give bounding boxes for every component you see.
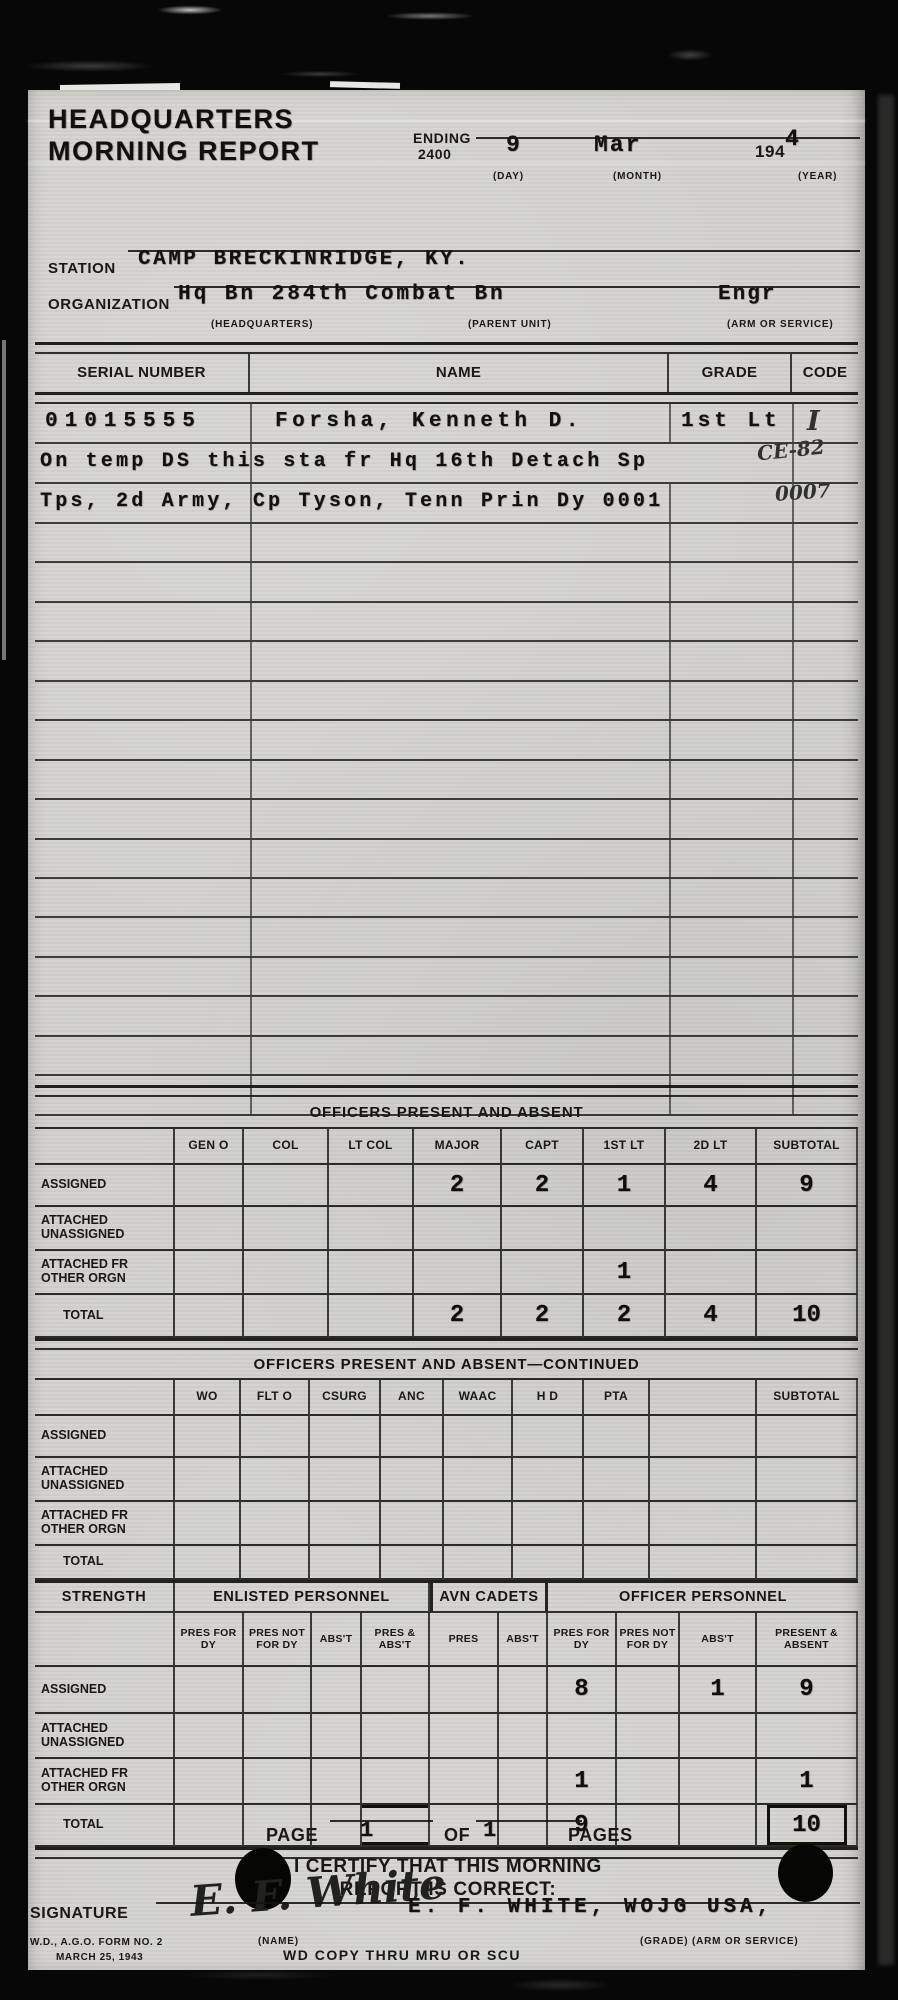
table-cell: 2: [414, 1165, 502, 1207]
column-divider: [250, 840, 252, 877]
section-rule: [35, 392, 858, 404]
table-cell: [444, 1416, 513, 1458]
roster-empty-row: [35, 879, 858, 918]
signature-label: SIGNATURE: [30, 1905, 128, 1923]
column-header: [650, 1380, 757, 1416]
name-sublabel: (NAME): [258, 1936, 299, 1947]
column-header: PRES NOT FOR DY: [244, 1613, 312, 1667]
table-cell: [650, 1416, 757, 1458]
name-value: Forsha, Kenneth D.: [275, 410, 583, 433]
column-divider: [669, 642, 671, 679]
column-header: SUBTOTAL: [757, 1380, 858, 1416]
table-cell: [244, 1207, 329, 1251]
column-divider: [669, 404, 671, 442]
table-cell: 9: [757, 1667, 858, 1714]
column-divider: [250, 879, 252, 916]
table-cell: [666, 1207, 757, 1251]
table-cell: [650, 1546, 757, 1580]
column-header: ANC: [381, 1380, 444, 1416]
table-cell: [175, 1165, 244, 1207]
table-cell: [757, 1458, 858, 1502]
row-label: ASSIGNED: [35, 1416, 175, 1458]
serial-number-value: 01015555: [45, 410, 202, 433]
column-divider: [250, 800, 252, 837]
officers-table-title: OFFICERS PRESENT AND ABSENT: [35, 1097, 858, 1129]
table-cell: [513, 1416, 584, 1458]
row-label: TOTAL: [35, 1546, 175, 1580]
roster-empty-row: [35, 642, 858, 681]
column-header: ABS'T: [312, 1613, 362, 1667]
column-header-row: WOFLT OCSURGANCWAACH DPTASUBTOTAL: [35, 1380, 858, 1416]
table-row: ASSIGNED22149: [35, 1165, 858, 1207]
table-cell: [499, 1667, 548, 1714]
roster-empty-row: [35, 997, 858, 1036]
roster-empty-row: [35, 1037, 858, 1076]
table-cell: [329, 1295, 414, 1338]
column-divider: [250, 603, 252, 640]
column-divider: [669, 721, 671, 758]
column-divider: [792, 682, 794, 719]
table-cell: [666, 1251, 757, 1295]
table-cell: [244, 1295, 329, 1338]
column-header-row: PRES FOR DYPRES NOT FOR DYABS'TPRES & AB…: [35, 1613, 858, 1667]
column-divider: [792, 997, 794, 1034]
table-cell: [513, 1502, 584, 1546]
column-header-blank: [35, 1380, 175, 1416]
table-cell: [241, 1416, 310, 1458]
row-label: ASSIGNED: [35, 1165, 175, 1207]
table-cell: [175, 1251, 244, 1295]
column-header-row: GEN OCOLLT COLMAJORCAPT1ST LT2D LTSUBTOT…: [35, 1129, 858, 1165]
table-cell: [502, 1207, 584, 1251]
table-cell: [650, 1458, 757, 1502]
column-header: H D: [513, 1380, 584, 1416]
column-divider: [792, 761, 794, 798]
arm-or-service-sublabel: (ARM OR SERVICE): [727, 319, 834, 330]
column-divider: [669, 918, 671, 955]
table-row: ATTACHED UNASSIGNED: [35, 1458, 858, 1502]
pages-label: PAGES: [568, 1825, 633, 1846]
grade-header: GRADE: [669, 354, 792, 392]
column-divider: [669, 879, 671, 916]
table-cell: [381, 1546, 444, 1580]
table-cell: [175, 1295, 244, 1338]
table-row: TOTAL: [35, 1546, 858, 1580]
ending-time: 2400: [418, 146, 452, 162]
column-divider: [669, 958, 671, 995]
table-cell: [680, 1759, 757, 1805]
page-underline: [330, 1820, 433, 1822]
table-cell: [414, 1207, 502, 1251]
column-header: 2D LT: [666, 1129, 757, 1165]
table-cell: [584, 1207, 666, 1251]
signature-underline: [156, 1902, 860, 1904]
column-divider: [792, 918, 794, 955]
column-header: GEN O: [175, 1129, 244, 1165]
form-date: MARCH 25, 1943: [56, 1952, 143, 1963]
column-divider: [669, 840, 671, 877]
row-label: ATTACHED UNASSIGNED: [35, 1458, 175, 1502]
table-cell: [175, 1458, 241, 1502]
roster-empty-rows: [35, 524, 858, 1116]
roster-empty-row: [35, 563, 858, 602]
section-rule: [35, 1338, 858, 1350]
strength-group-header: STRENGTH ENLISTED PERSONNEL AVN CADETS O…: [35, 1580, 858, 1613]
table-cell: 1: [757, 1759, 858, 1805]
section-rule: [35, 1085, 858, 1097]
table-cell: [175, 1805, 244, 1847]
table-cell: [502, 1251, 584, 1295]
table-cell: [310, 1502, 381, 1546]
strength-title: STRENGTH: [35, 1583, 175, 1613]
table-cell: [175, 1667, 244, 1714]
table-cell: 2: [502, 1165, 584, 1207]
table-cell: [175, 1416, 241, 1458]
table-row: ATTACHED UNASSIGNED: [35, 1714, 858, 1759]
table-cell: [513, 1546, 584, 1580]
table-cell: [241, 1458, 310, 1502]
column-header: PRES: [430, 1613, 499, 1667]
table-cell: 2: [584, 1295, 666, 1338]
table-cell: [310, 1416, 381, 1458]
table-cell: 2: [502, 1295, 584, 1338]
enlisted-personnel-group-label: ENLISTED PERSONNEL: [175, 1583, 430, 1613]
column-divider: [250, 682, 252, 719]
column-divider: [792, 879, 794, 916]
table-cell: [175, 1759, 244, 1805]
column-divider: [669, 682, 671, 719]
roster-empty-row: [35, 524, 858, 563]
column-header: ABS'T: [680, 1613, 757, 1667]
table-cell: [584, 1416, 650, 1458]
roster-remark-row: Tps, 2d Army, Cp Tyson, Tenn Prin Dy 000…: [35, 484, 858, 524]
officers-continued-table: WOFLT OCSURGANCWAACH DPTASUBTOTALASSIGNE…: [35, 1380, 858, 1580]
table-cell: 2: [414, 1295, 502, 1338]
column-divider: [669, 563, 671, 600]
day-label: (DAY): [493, 171, 524, 182]
column-header: PRES FOR DY: [175, 1613, 244, 1667]
table-cell: 8: [548, 1667, 617, 1714]
column-divider: [250, 721, 252, 758]
page-label: PAGE: [266, 1825, 318, 1846]
column-header: PRES & ABS'T: [362, 1613, 430, 1667]
table-cell: [175, 1714, 244, 1759]
column-header: MAJOR: [414, 1129, 502, 1165]
table-cell: 1: [680, 1667, 757, 1714]
grade-arm-sublabel: (GRADE) (ARM OR SERVICE): [640, 1936, 798, 1947]
column-header-blank: [35, 1129, 175, 1165]
column-header: PRES FOR DY: [548, 1613, 617, 1667]
year-label: (YEAR): [798, 171, 837, 182]
column-divider: [792, 721, 794, 758]
station-underline: [128, 250, 860, 252]
column-header: CSURG: [310, 1380, 381, 1416]
name-header: NAME: [250, 354, 669, 392]
row-label: TOTAL: [35, 1295, 175, 1338]
column-divider: [669, 603, 671, 640]
table-cell: [513, 1458, 584, 1502]
paper-tear: [330, 81, 400, 89]
table-cell: [312, 1714, 362, 1759]
handdrawn-box: 10: [767, 1805, 847, 1845]
table-cell: [499, 1805, 548, 1847]
row-label: ATTACHED UNASSIGNED: [35, 1714, 175, 1759]
column-divider: [792, 524, 794, 561]
roster-empty-row: [35, 800, 858, 839]
roster-empty-row: [35, 761, 858, 800]
officers-continued-title: OFFICERS PRESENT AND ABSENT—CONTINUED: [35, 1350, 858, 1380]
year-value: 4: [785, 126, 799, 152]
table-row: ATTACHED FR OTHER ORGN1: [35, 1251, 858, 1295]
table-cell: [329, 1251, 414, 1295]
table-cell: [650, 1502, 757, 1546]
headquarters-sublabel: (HEADQUARTERS): [211, 319, 313, 330]
column-divider: [250, 563, 252, 600]
table-cell: [362, 1667, 430, 1714]
strength-table: PRES FOR DYPRES NOT FOR DYABS'TPRES & AB…: [35, 1613, 858, 1847]
column-header: WO: [175, 1380, 241, 1416]
table-cell: 1: [548, 1759, 617, 1805]
table-row: ATTACHED UNASSIGNED: [35, 1207, 858, 1251]
column-divider: [250, 404, 252, 442]
table-cell: [444, 1458, 513, 1502]
table-row: ASSIGNED: [35, 1416, 858, 1458]
table-cell: [241, 1546, 310, 1580]
column-header: LT COL: [329, 1129, 414, 1165]
month-underline: [568, 137, 750, 139]
table-cell: [310, 1458, 381, 1502]
day-underline: [476, 137, 568, 139]
day-value: 9: [506, 132, 520, 158]
organization-label: ORGANIZATION: [48, 296, 170, 313]
table-cell: 9: [757, 1165, 858, 1207]
table-cell: [175, 1502, 241, 1546]
column-divider: [669, 524, 671, 561]
table-row: ATTACHED FR OTHER ORGN: [35, 1502, 858, 1546]
roster-entry-row: 01015555 Forsha, Kenneth D. 1st Lt I: [35, 404, 858, 444]
roster-empty-row: [35, 721, 858, 760]
officer-personnel-group-label: OFFICER PERSONNEL: [548, 1583, 858, 1613]
table-cell: 4: [666, 1165, 757, 1207]
column-divider: [669, 761, 671, 798]
column-divider: [250, 918, 252, 955]
roster-empty-row: [35, 840, 858, 879]
year-prefix: 194: [755, 142, 785, 162]
column-divider: [792, 1037, 794, 1074]
wd-copy-note: WD COPY THRU MRU OR SCU: [283, 1947, 521, 1963]
code-header: CODE: [792, 354, 858, 392]
table-cell: [310, 1546, 381, 1580]
scan-scratch: [2, 340, 6, 660]
scan-edge-band: [878, 95, 894, 1965]
column-divider: [250, 958, 252, 995]
table-cell: [617, 1714, 680, 1759]
column-divider: [792, 404, 794, 442]
table-cell: [757, 1502, 858, 1546]
table-cell: [175, 1207, 244, 1251]
form-title-line2: MORNING REPORT: [48, 136, 320, 167]
row-label: ATTACHED FR OTHER ORGN: [35, 1502, 175, 1546]
roster-empty-row: [35, 603, 858, 642]
table-cell: [329, 1165, 414, 1207]
column-divider: [792, 603, 794, 640]
table-cell: [499, 1759, 548, 1805]
remark-line1: On temp DS this sta fr Hq 16th Detach Sp: [40, 450, 648, 473]
table-cell: [617, 1667, 680, 1714]
column-header: PRES NOT FOR DY: [617, 1613, 680, 1667]
row-label: ATTACHED FR OTHER ORGN: [35, 1759, 175, 1805]
table-cell: [430, 1759, 499, 1805]
column-header: WAAC: [444, 1380, 513, 1416]
tally-tables: OFFICERS PRESENT AND ABSENT GEN OCOLLT C…: [35, 1085, 858, 1859]
station-label: STATION: [48, 260, 116, 277]
form-title-line1: HEADQUARTERS: [48, 104, 294, 135]
table-row: ATTACHED FR OTHER ORGN11: [35, 1759, 858, 1805]
column-divider: [250, 761, 252, 798]
signature-typed: E. F. WHITE, WOJG USA,: [408, 1896, 773, 1919]
column-header-blank: [35, 1613, 175, 1667]
table-cell: [362, 1759, 430, 1805]
table-cell: [430, 1714, 499, 1759]
code-handwritten-value: I: [807, 406, 820, 437]
table-cell: [244, 1714, 312, 1759]
table-cell: [499, 1714, 548, 1759]
table-cell: [444, 1502, 513, 1546]
roster-empty-row: [35, 958, 858, 997]
table-cell: [548, 1714, 617, 1759]
column-divider: [669, 997, 671, 1034]
table-cell: [312, 1759, 362, 1805]
column-header: PTA: [584, 1380, 650, 1416]
column-divider: [250, 997, 252, 1034]
table-cell: [244, 1667, 312, 1714]
column-header: PRESENT & ABSENT: [757, 1613, 858, 1667]
table-cell: [175, 1546, 241, 1580]
row-label: ATTACHED FR OTHER ORGN: [35, 1251, 175, 1295]
table-cell: [362, 1714, 430, 1759]
table-cell: 1: [584, 1251, 666, 1295]
table-cell: [381, 1458, 444, 1502]
table-cell: 1: [584, 1165, 666, 1207]
table-cell: 10: [757, 1295, 858, 1338]
table-cell: [757, 1416, 858, 1458]
table-cell: [584, 1502, 650, 1546]
column-divider: [669, 800, 671, 837]
punch-hole: [778, 1844, 833, 1902]
column-divider: [792, 563, 794, 600]
remark-line2: Tps, 2d Army, Cp Tyson, Tenn Prin Dy 000…: [40, 490, 663, 513]
roster-empty-row: [35, 918, 858, 957]
row-label: TOTAL: [35, 1805, 175, 1847]
column-divider: [669, 1037, 671, 1074]
officers-present-absent-table: GEN OCOLLT COLMAJORCAPT1ST LT2D LTSUBTOT…: [35, 1129, 858, 1338]
table-cell: [244, 1165, 329, 1207]
column-divider: [792, 840, 794, 877]
table-cell: [584, 1458, 650, 1502]
table-cell: 10: [757, 1805, 858, 1847]
serial-number-header: SERIAL NUMBER: [35, 354, 250, 392]
table-cell: [312, 1667, 362, 1714]
table-cell: [444, 1546, 513, 1580]
table-cell: [381, 1416, 444, 1458]
roster-header-row: SERIAL NUMBER NAME GRADE CODE: [35, 354, 858, 392]
table-cell: [757, 1714, 858, 1759]
roster-table: SERIAL NUMBER NAME GRADE CODE 01015555 F…: [35, 342, 858, 1116]
table-row: TOTAL222410: [35, 1295, 858, 1338]
table-cell: [414, 1251, 502, 1295]
table-cell: [757, 1207, 858, 1251]
roster-remark-row: On temp DS this sta fr Hq 16th Detach Sp…: [35, 444, 858, 484]
table-cell: [329, 1207, 414, 1251]
column-divider: [250, 642, 252, 679]
section-rule: [35, 342, 858, 354]
table-cell: [381, 1502, 444, 1546]
table-cell: 4: [666, 1295, 757, 1338]
remark-annotation-2: 0007: [774, 478, 831, 506]
month-label: (MONTH): [613, 171, 662, 182]
table-cell: [244, 1251, 329, 1295]
column-divider: [250, 524, 252, 561]
ending-label: ENDING: [413, 130, 471, 146]
column-header: COL: [244, 1129, 329, 1165]
table-cell: [757, 1546, 858, 1580]
column-divider: [250, 1037, 252, 1074]
column-header: CAPT: [502, 1129, 584, 1165]
table-cell: [680, 1805, 757, 1847]
column-divider: [792, 958, 794, 995]
month-value: Mar: [594, 132, 641, 158]
column-header: 1ST LT: [584, 1129, 666, 1165]
table-cell: [617, 1759, 680, 1805]
column-divider: [792, 642, 794, 679]
row-label: ATTACHED UNASSIGNED: [35, 1207, 175, 1251]
organization-underline: [174, 286, 860, 288]
roster-empty-row: [35, 682, 858, 721]
table-cell: [680, 1714, 757, 1759]
column-header: SUBTOTAL: [757, 1129, 858, 1165]
table-cell: [430, 1667, 499, 1714]
column-header: ABS'T: [499, 1613, 548, 1667]
year-underline: [750, 137, 860, 139]
table-cell: [312, 1805, 362, 1847]
avn-cadets-group-label: AVN CADETS: [430, 1583, 548, 1613]
table-row: ASSIGNED819: [35, 1667, 858, 1714]
table-cell: [244, 1759, 312, 1805]
table-cell: [241, 1502, 310, 1546]
column-divider: [669, 484, 671, 522]
column-header: FLT O: [241, 1380, 310, 1416]
table-cell: [757, 1251, 858, 1295]
form-number: W.D., A.G.O. FORM NO. 2: [30, 1937, 163, 1948]
row-label: ASSIGNED: [35, 1667, 175, 1714]
column-divider: [792, 800, 794, 837]
pages-underline: [476, 1820, 582, 1822]
table-cell: [584, 1546, 650, 1580]
morning-report-form: HEADQUARTERS MORNING REPORT ENDING 2400 …: [28, 90, 865, 1970]
of-label: OF: [444, 1825, 470, 1846]
parent-unit-sublabel: (PARENT UNIT): [468, 319, 552, 330]
grade-value: 1st Lt: [681, 410, 781, 433]
